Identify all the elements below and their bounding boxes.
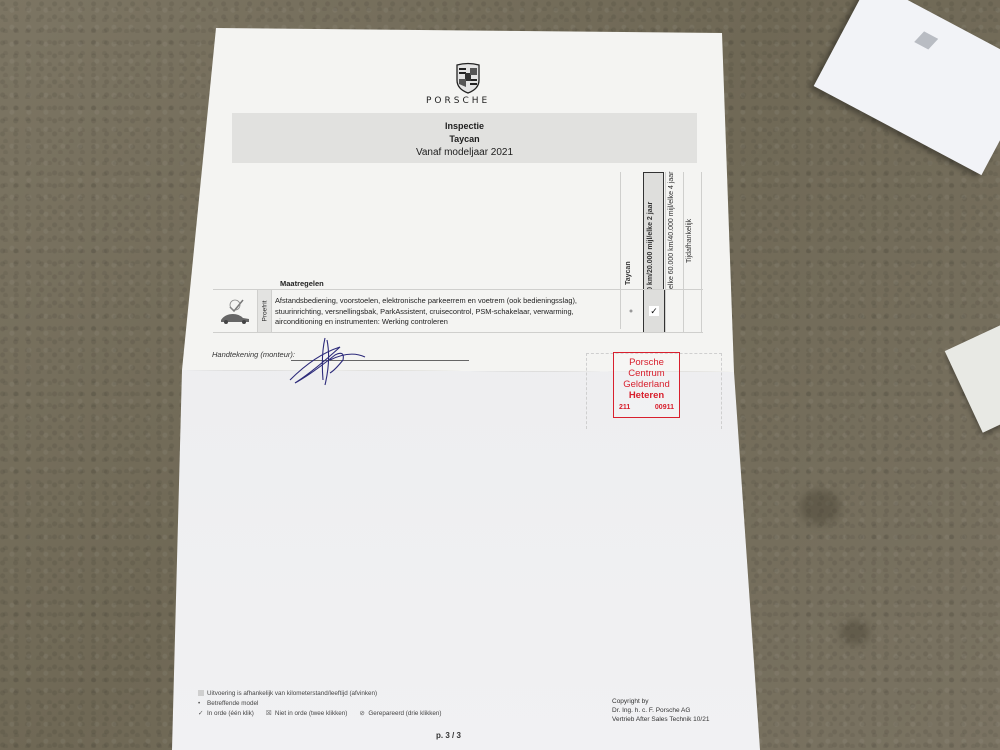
repaired-icon: ⊘ — [359, 709, 366, 719]
measures-header: Maatregelen — [280, 279, 324, 288]
interval-2-cell[interactable] — [665, 290, 683, 332]
cross-icon: ☒ — [266, 709, 273, 719]
time-based-cell[interactable] — [683, 290, 702, 332]
page-number: p. 3 / 3 — [436, 731, 461, 740]
row-category: Proefrit — [258, 290, 272, 332]
signature — [285, 335, 375, 390]
document-title: Inspectie — [232, 121, 697, 131]
row-description: Afstandsbediening, voorstoelen, elektron… — [275, 296, 620, 328]
document-content: PORSCHE Inspectie Taycan Vanaf modeljaar… — [0, 0, 1000, 750]
bullet-icon: • — [198, 699, 205, 709]
dealer-stamp: Porsche Centrum Gelderland Heteren 211 0… — [613, 352, 680, 418]
copyright: Copyright by Dr. Ing. h. c. F. Porsche A… — [612, 697, 709, 724]
model-year-subtitle: Vanaf modeljaar 2021 — [232, 147, 697, 158]
table-row: Proefrit Afstandsbediening, voorstoelen,… — [213, 289, 703, 333]
legend: Uitvoering is afhankelijk van kilometers… — [198, 689, 442, 719]
check-icon[interactable]: ✓ — [649, 306, 659, 316]
test-drive-icon — [213, 290, 258, 332]
porsche-crest-icon — [455, 62, 481, 94]
check-icon: ✓ — [198, 709, 205, 719]
title-block: Inspectie Taycan Vanaf modeljaar 2021 — [232, 113, 697, 163]
signature-label: Handtekening (monteur): — [212, 350, 295, 359]
model-name: Taycan — [232, 134, 697, 144]
brand-wordmark: PORSCHE — [426, 96, 490, 106]
model-applies-cell — [620, 290, 642, 332]
gray-square-icon — [198, 690, 204, 696]
bullet-icon — [630, 310, 633, 313]
interval-1-cell[interactable]: ✓ — [643, 290, 665, 332]
